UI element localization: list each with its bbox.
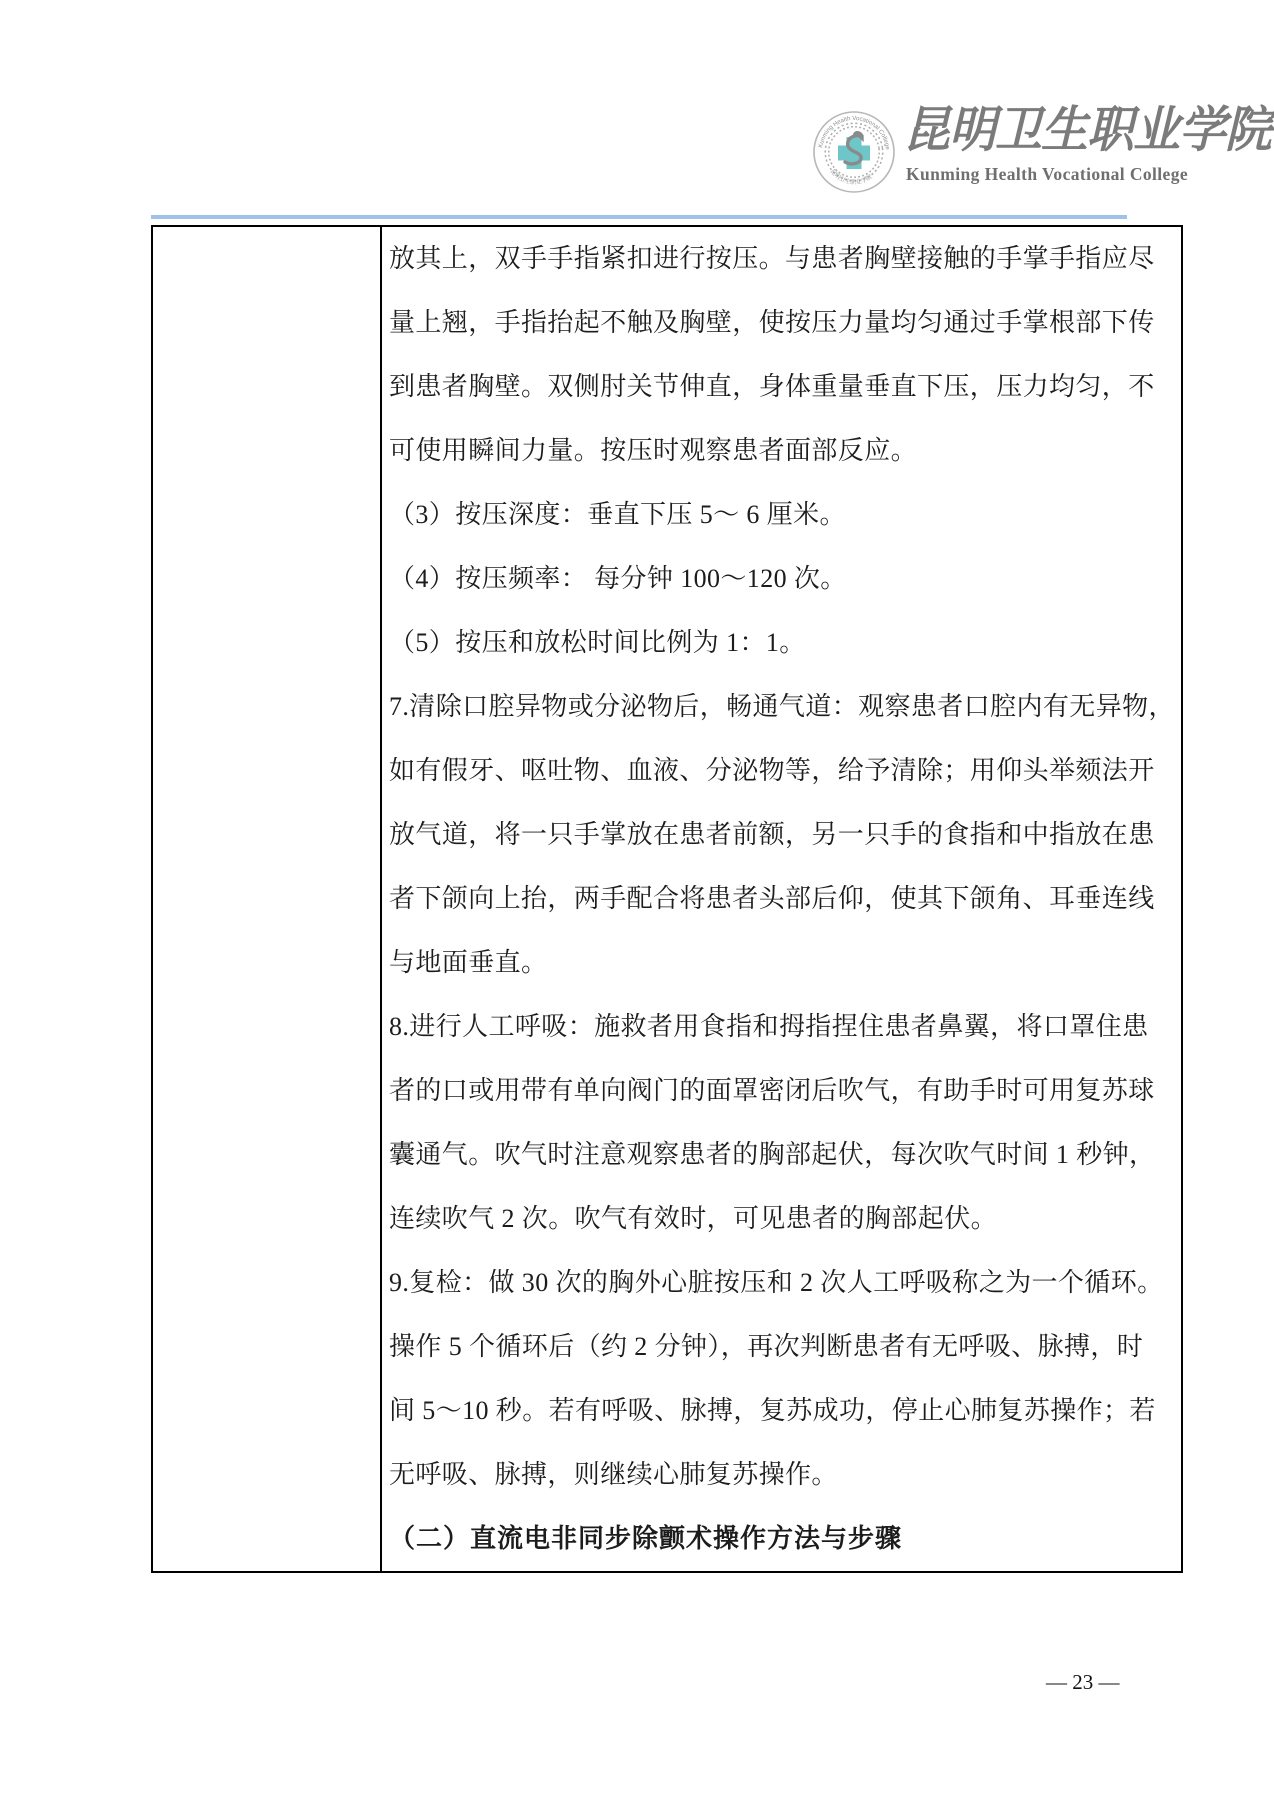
header-divider-rule: [151, 215, 1127, 219]
college-name-calligraphy: 昆明卫生职业学院: [903, 98, 1193, 163]
text-line: 量上翘，手指抬起不触及胸壁，使按压力量均匀通过手掌根部下传: [389, 291, 1173, 355]
procedure-table: 放其上，双手手指紧扣进行按压。与患者胸壁接触的手掌手指应尽 量上翘，手指抬起不触…: [151, 225, 1183, 1573]
table-cell-body: 放其上，双手手指紧扣进行按压。与患者胸壁接触的手掌手指应尽 量上翘，手指抬起不触…: [382, 227, 1181, 1571]
text-line: 间 5～10 秒。若有呼吸、脉搏，复苏成功，停止心肺复苏操作；若: [389, 1379, 1173, 1443]
text-line: 9.复检：做 30 次的胸外心脏按压和 2 次人工呼吸称之为一个循环。: [389, 1251, 1173, 1315]
text-line: 者的口或用带有单向阀门的面罩密闭后吹气，有助手时可用复苏球: [389, 1059, 1173, 1123]
text-line: 囊通气。吹气时注意观察患者的胸部起伏，每次吹气时间 1 秒钟，: [389, 1123, 1173, 1187]
text-line: 放气道，将一只手掌放在患者前额，另一只手的食指和中指放在患: [389, 803, 1173, 867]
text-line: 者下颌向上抬，两手配合将患者头部后仰，使其下颌角、耳垂连线: [389, 867, 1173, 931]
section-heading-line: （二）直流电非同步除颤术操作方法与步骤: [389, 1507, 1173, 1571]
text-line: 7.清除口腔异物或分泌物后，畅通气道：观察患者口腔内有无异物，: [389, 675, 1173, 739]
text-line: （3）按压深度：垂直下压 5～ 6 厘米。: [389, 483, 1173, 547]
text-line: 与地面垂直。: [389, 931, 1173, 995]
page-number: — 23 —: [1046, 1670, 1120, 1695]
text-line: 如有假牙、呕吐物、血液、分泌物等，给予清除；用仰头举颏法开: [389, 739, 1173, 803]
text-line: 操作 5 个循环后（约 2 分钟），再次判断患者有无呼吸、脉搏，时: [389, 1315, 1173, 1379]
text-line: 无呼吸、脉搏，则继续心肺复苏操作。: [389, 1443, 1173, 1507]
college-seal-logo: Kunming Health Vocational College 昆明卫生职业…: [812, 110, 896, 194]
text-line: 连续吹气 2 次。吹气有效时，可见患者的胸部起伏。: [389, 1187, 1173, 1251]
college-name-english: Kunming Health Vocational College: [906, 164, 1196, 185]
text-line: 放其上，双手手指紧扣进行按压。与患者胸壁接触的手掌手指应尽: [389, 227, 1173, 291]
text-line: （4）按压频率： 每分钟 100～120 次。: [389, 547, 1173, 611]
text-line: 到患者胸壁。双侧肘关节伸直，身体重量垂直下压，压力均匀，不: [389, 355, 1173, 419]
document-page: Kunming Health Vocational College 昆明卫生职业…: [0, 0, 1274, 1801]
table-cell-left-empty: [153, 227, 382, 1571]
text-line: 8.进行人工呼吸：施救者用食指和拇指捏住患者鼻翼，将口罩住患: [389, 995, 1173, 1059]
college-seal-icon: Kunming Health Vocational College 昆明卫生职业…: [812, 110, 896, 194]
text-line: 可使用瞬间力量。按压时观察患者面部反应。: [389, 419, 1173, 483]
text-line: （5）按压和放松时间比例为 1：1。: [389, 611, 1173, 675]
